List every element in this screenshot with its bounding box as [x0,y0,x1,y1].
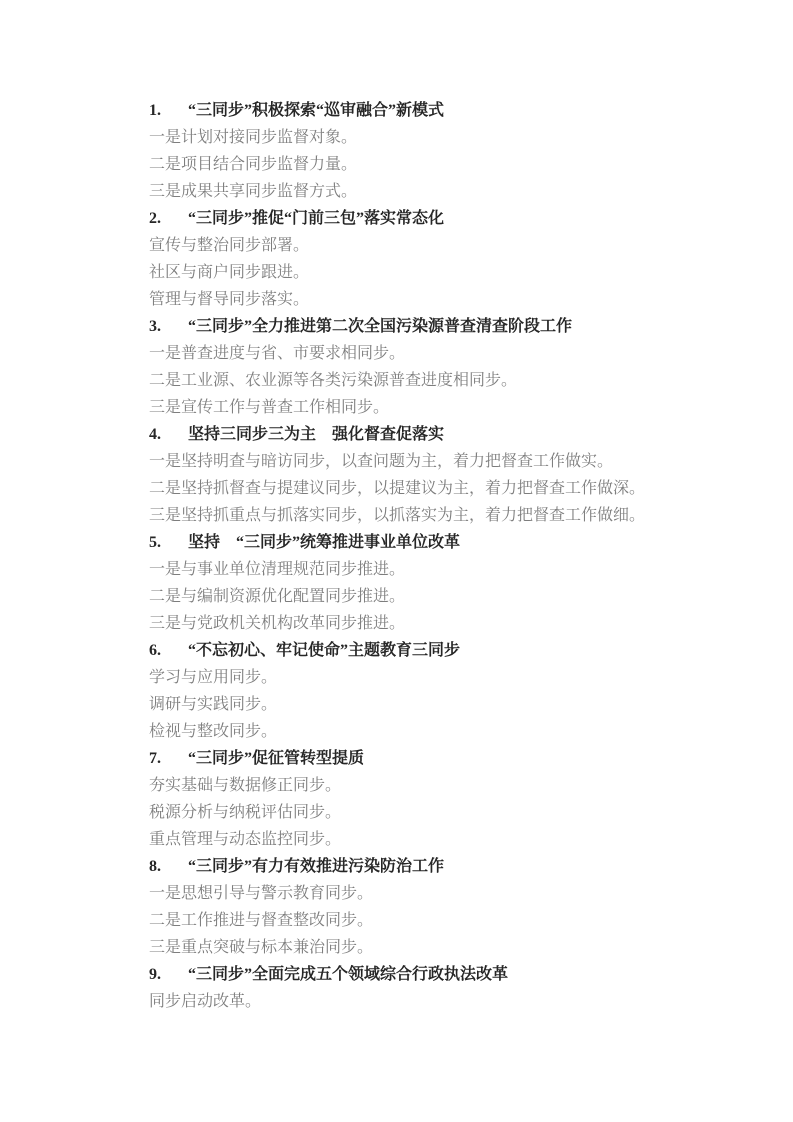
section-1: 1.“三同步”积极探索“巡审融合”新模式 一是计划对接同步监督对象。 二是项目结… [149,97,709,205]
section-line: 宣传与整治同步部署。 [149,232,709,259]
section-line: 二是工作推进与督查整改同步。 [149,907,709,934]
section-line: 一是与事业单位清理规范同步推进。 [149,556,709,583]
section-line: 税源分析与纳税评估同步。 [149,799,709,826]
section-7: 7.“三同步”促征管转型提质 夯实基础与数据修正同步。 税源分析与纳税评估同步。… [149,745,709,853]
section-heading: 8.“三同步”有力有效推进污染防治工作 [149,853,709,880]
section-line: 二是坚持抓督查与提建议同步，以提建议为主，着力把督查工作做深。 [149,475,709,502]
section-line: 同步启动改革。 [149,988,709,1015]
section-line: 三是重点突破与标本兼治同步。 [149,934,709,961]
section-9: 9.“三同步”全面完成五个领域综合行政执法改革 同步启动改革。 [149,961,709,1015]
section-line: 检视与整改同步。 [149,718,709,745]
section-heading: 1.“三同步”积极探索“巡审融合”新模式 [149,97,709,124]
section-number: 4. [149,421,188,448]
section-line: 调研与实践同步。 [149,691,709,718]
section-number: 2. [149,205,188,232]
section-line: 夯实基础与数据修正同步。 [149,772,709,799]
section-heading: 2.“三同步”推促“门前三包”落实常态化 [149,205,709,232]
document-body: 1.“三同步”积极探索“巡审融合”新模式 一是计划对接同步监督对象。 二是项目结… [149,97,709,1015]
section-line: 二是项目结合同步监督力量。 [149,151,709,178]
section-title: 坚持 “三同步”统筹推进事业单位改革 [188,534,460,551]
section-title: “三同步”促征管转型提质 [188,750,364,767]
section-number: 9. [149,961,188,988]
section-number: 6. [149,637,188,664]
section-line: 一是计划对接同步监督对象。 [149,124,709,151]
section-title: “三同步”积极探索“巡审融合”新模式 [188,102,444,119]
section-number: 7. [149,745,188,772]
section-heading: 5.坚持 “三同步”统筹推进事业单位改革 [149,529,709,556]
section-heading: 9.“三同步”全面完成五个领域综合行政执法改革 [149,961,709,988]
section-title: “三同步”推促“门前三包”落实常态化 [188,210,444,227]
section-heading: 7.“三同步”促征管转型提质 [149,745,709,772]
section-5: 5.坚持 “三同步”统筹推进事业单位改革 一是与事业单位清理规范同步推进。 二是… [149,529,709,637]
section-3: 3.“三同步”全力推进第二次全国污染源普查清查阶段工作 一是普查进度与省、市要求… [149,313,709,421]
section-line: 一是坚持明查与暗访同步，以查问题为主，着力把督查工作做实。 [149,448,709,475]
section-4: 4.坚持三同步三为主 强化督查促落实 一是坚持明查与暗访同步，以查问题为主，着力… [149,421,709,529]
section-line: 二是与编制资源优化配置同步推进。 [149,583,709,610]
section-line: 二是工业源、农业源等各类污染源普查进度相同步。 [149,367,709,394]
section-line: 三是与党政机关机构改革同步推进。 [149,610,709,637]
section-number: 8. [149,853,188,880]
section-title: 坚持三同步三为主 强化督查促落实 [188,426,444,443]
section-2: 2.“三同步”推促“门前三包”落实常态化 宣传与整治同步部署。 社区与商户同步跟… [149,205,709,313]
section-8: 8.“三同步”有力有效推进污染防治工作 一是思想引导与警示教育同步。 二是工作推… [149,853,709,961]
section-title: “三同步”有力有效推进污染防治工作 [188,858,444,875]
section-heading: 4.坚持三同步三为主 强化督查促落实 [149,421,709,448]
section-title: “三同步”全面完成五个领域综合行政执法改革 [188,966,508,983]
section-title: “三同步”全力推进第二次全国污染源普查清查阶段工作 [188,318,572,335]
section-heading: 3.“三同步”全力推进第二次全国污染源普查清查阶段工作 [149,313,709,340]
section-line: 三是成果共享同步监督方式。 [149,178,709,205]
section-number: 5. [149,529,188,556]
document-page: 1.“三同步”积极探索“巡审融合”新模式 一是计划对接同步监督对象。 二是项目结… [0,0,793,1122]
section-number: 3. [149,313,188,340]
section-line: 学习与应用同步。 [149,664,709,691]
section-title: “不忘初心、牢记使命”主题教育三同步 [188,642,460,659]
section-line: 社区与商户同步跟进。 [149,259,709,286]
section-6: 6.“不忘初心、牢记使命”主题教育三同步 学习与应用同步。 调研与实践同步。 检… [149,637,709,745]
section-line: 重点管理与动态监控同步。 [149,826,709,853]
section-heading: 6.“不忘初心、牢记使命”主题教育三同步 [149,637,709,664]
section-line: 三是坚持抓重点与抓落实同步，以抓落实为主，着力把督查工作做细。 [149,502,709,529]
section-line: 管理与督导同步落实。 [149,286,709,313]
section-line: 一是思想引导与警示教育同步。 [149,880,709,907]
section-line: 三是宣传工作与普查工作相同步。 [149,394,709,421]
section-line: 一是普查进度与省、市要求相同步。 [149,340,709,367]
section-number: 1. [149,97,188,124]
